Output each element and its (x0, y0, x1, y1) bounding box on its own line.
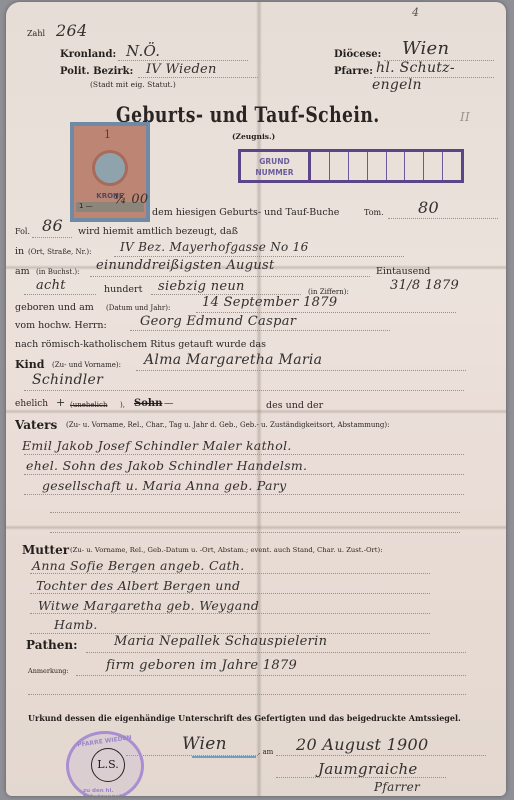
issue-date: 20 August 1900 (296, 735, 429, 754)
legitimacy-close: ), (120, 401, 125, 409)
remark-value: firm geboren im Jahre 1879 (106, 658, 297, 673)
kronland-value: N.Ö. (126, 42, 160, 60)
mother-hint: (Zu- u. Vorname, Rel., Geb.-Datum u. -Or… (70, 546, 382, 554)
mother-line-1: Anna Sofie Bergen angeb. Cath. (32, 558, 245, 573)
des-und-der: des und der (266, 400, 323, 411)
stadt-statut-note: (Stadt mit eig. Statut.) (90, 80, 176, 89)
polit-bezirk-label: Polit. Bezirk: (60, 66, 133, 77)
ehelich-mark: + (56, 396, 66, 409)
fol-label: Fol. (15, 227, 30, 236)
unehelich-struck: (unehelich (70, 401, 107, 409)
birth-year-value: siebzig neun (158, 279, 245, 294)
baptism-hint: (Datum und Jahr): (106, 304, 170, 312)
parish-seal: PFARRE WIEDEN L.S. zu den hl. Schutzenge… (66, 731, 144, 796)
pastor-signature: Jaumgraiche (318, 760, 418, 778)
stamp-cancel-mark: ¼ 00 (114, 192, 148, 207)
tom-label: Tom. (364, 208, 384, 217)
fold-crease-horizontal (6, 525, 506, 530)
zahl-label: Zahl (27, 29, 45, 38)
pfarre-label: Pfarre: (334, 66, 373, 77)
remark-label: Anmerkung: (28, 667, 69, 675)
dioecese-value: Wien (402, 38, 449, 59)
issue-am-label: , am (258, 748, 273, 756)
father-label: Vaters (15, 418, 57, 432)
certificate-subtitle: (Zeugnis.) (232, 132, 275, 141)
birth-date-value: einunddreißigsten August (96, 258, 275, 273)
printed-eintausend: Eintausend (376, 266, 430, 277)
roman-numeral-mark: II (460, 110, 470, 124)
fol-value: 86 (42, 216, 63, 235)
birth-place-label: in (15, 246, 24, 257)
pastor-title: Pfarrer (374, 780, 420, 794)
father-line-1: Emil Jakob Josef Schindler Maler kathol. (22, 438, 292, 453)
child-name-line2: Schindler (32, 372, 103, 388)
baptism-date-value: 14 September 1879 (202, 295, 337, 310)
zahl-value: 264 (56, 21, 87, 40)
grund-nummer-stamp: GRUND NUMMER (238, 149, 464, 183)
mother-line-4: Hamb. (54, 617, 98, 632)
certificate-title: Geburts- und Tauf-Schein. (116, 102, 380, 127)
issue-place: Wien (182, 734, 227, 754)
birth-place-value: IV Bez. Mayerhofgasse No 16 (120, 240, 309, 254)
polit-bezirk-value: IV Wieden (146, 62, 217, 77)
rite-text: nach römisch-katholischem Ritus getauft … (15, 339, 266, 350)
priest-value: Georg Edmund Caspar (140, 314, 296, 329)
stamp-denomination: 1 (104, 128, 111, 141)
revenue-stamp: 1 KRONE 1 — (70, 122, 150, 222)
birth-date-digits: 31/8 1879 (390, 278, 459, 293)
birth-place-hint: (Ort, Straße, Nr.): (28, 248, 92, 256)
stamp-medallion-icon (92, 150, 128, 186)
certify-text: wird hiemit amtlich bezeugt, daß (78, 226, 238, 237)
father-line-2: ehel. Sohn des Jakob Schindler Handelsm. (26, 458, 307, 473)
legitimacy-dash: — (164, 398, 174, 409)
sohn-struck: Sohn (134, 398, 162, 409)
seal-center-ls: L.S. (91, 748, 125, 782)
child-hint: (Zu- und Vorname): (52, 361, 121, 369)
pfarre-value-line2: engeln (372, 77, 422, 93)
father-hint: (Zu- u. Vorname, Rel., Char., Tag u. Jah… (66, 421, 389, 429)
attestation-text: Urkund dessen die eigenhändige Unterschr… (28, 713, 461, 723)
tom-value: 80 (418, 198, 439, 217)
child-name-line1: Alma Margaretha Maria (144, 352, 322, 368)
father-line-3: gesellschaft u. Maria Anna geb. Pary (42, 478, 286, 493)
birth-date-label: am (15, 266, 30, 277)
pfarre-value-line1: hl. Schutz- (376, 60, 455, 76)
fold-crease-horizontal (6, 409, 506, 414)
mother-line-2: Tochter des Albert Bergen und (36, 578, 240, 593)
priest-label: vom hochw. Herrn: (15, 320, 107, 331)
corner-page-mark: 4 (412, 6, 419, 19)
hundert-label: hundert (104, 284, 142, 295)
mother-label: Mutter (22, 543, 69, 557)
seal-ring-top: PFARRE WIEDEN (77, 734, 132, 749)
baptism-label: geboren und am (15, 302, 94, 313)
kronland-label: Kronland: (60, 49, 116, 60)
mother-line-3: Witwe Margaretha geb. Weygand (38, 598, 259, 613)
birth-date-hint: (in Buchst.): (36, 268, 80, 276)
birth-baptism-certificate: 4 Zahl 264 Kronland: N.Ö. Polit. Bezirk:… (6, 2, 506, 796)
godparents-value: Maria Nepallek Schauspielerin (114, 634, 327, 649)
birth-hundreds-value: acht (36, 278, 66, 293)
child-label: Kind (15, 358, 44, 371)
ehelich-label: ehelich (15, 399, 48, 409)
godparents-label: Pathen: (26, 638, 78, 652)
register-intro: dem hiesigen Geburts- und Tauf-Buche (152, 207, 339, 218)
seal-ring-bottom: zu den hl. Schutzengeln (83, 788, 141, 796)
grund-nummer-label: GRUND NUMMER (241, 152, 311, 180)
dioecese-label: Diöcese: (334, 49, 381, 60)
